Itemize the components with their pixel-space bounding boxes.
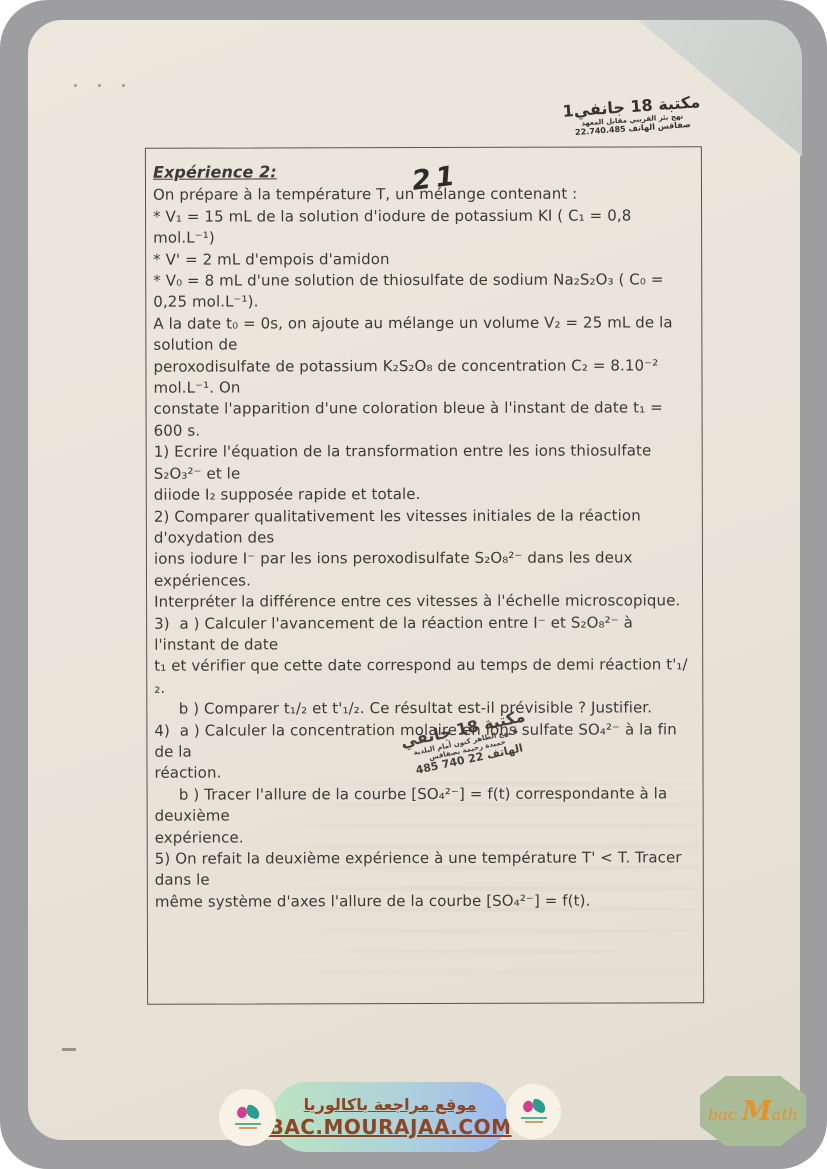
exam-text-line: b ) Comparer t₁/₂ et t'₁/₂. Ce résultat …	[154, 697, 694, 720]
exam-text-line: diiode I₂ supposée rapide et totale.	[154, 483, 694, 506]
badge-text-line	[239, 1127, 257, 1129]
bacmath-big-m: M	[742, 1096, 772, 1127]
banner-arabic-text: موقع مراجعة باكالوريا	[304, 1095, 477, 1114]
exam-text-line: 3) a ) Calculer l'avancement de la réact…	[154, 612, 694, 656]
mourajaa-banner[interactable]: موقع مراجعة باكالوريا BAC.MOURAJAA.COM	[272, 1082, 508, 1152]
banner-website-link[interactable]: BAC.MOURAJAA.COM	[269, 1115, 512, 1139]
mourajaa-logo-badge-right	[506, 1084, 561, 1139]
bacmath-logo: bac Math	[700, 1076, 806, 1146]
badge-text-line	[521, 1117, 547, 1119]
ink-bleedthrough	[268, 782, 698, 997]
badge-text-line	[525, 1121, 543, 1123]
pencil-marks-top	[74, 84, 144, 87]
exam-text-line: * V' = 2 mL d'empois d'amidon	[153, 248, 693, 271]
exam-text-line: Interpréter la différence entre ces vite…	[154, 590, 694, 613]
exam-text-line: * V₀ = 8 mL d'une solution de thiosulfat…	[153, 269, 693, 313]
exam-text-line: ions iodure I⁻ par les ions peroxodisulf…	[154, 548, 694, 592]
exam-text-line: t₁ et vérifier que cette date correspond…	[154, 655, 694, 699]
exam-text-line: constate l'apparition d'une coloration b…	[154, 398, 694, 442]
mourajaa-bird-icon	[521, 1100, 547, 1114]
exam-text-line: 2) Comparer qualitativement les vitesses…	[154, 505, 694, 549]
scanned-exam-page: 21 مكتبة 18 جانفي1 نهج بئر القريبي مقابل…	[0, 0, 827, 1169]
exam-title: Expérience 2:	[153, 160, 693, 183]
exam-text-line: 1) Ecrire l'équation de la transformatio…	[154, 441, 694, 485]
bacmath-logo-text: bac Math	[708, 1096, 798, 1127]
mourajaa-logo-badge-left	[219, 1089, 276, 1146]
exam-text-line: A la date t₀ = 0s, on ajoute au mélange …	[153, 312, 693, 356]
badge-text-line	[235, 1123, 261, 1125]
mourajaa-bird-icon	[235, 1106, 261, 1120]
exam-text-line: * V₁ = 15 mL de la solution d'iodure de …	[153, 205, 693, 249]
exam-text-line: On prépare à la température T, un mélang…	[153, 184, 693, 207]
pencil-mark-left	[62, 1048, 76, 1051]
exam-text-line: peroxodisulfate de potassium K₂S₂O₈ de c…	[153, 355, 693, 399]
